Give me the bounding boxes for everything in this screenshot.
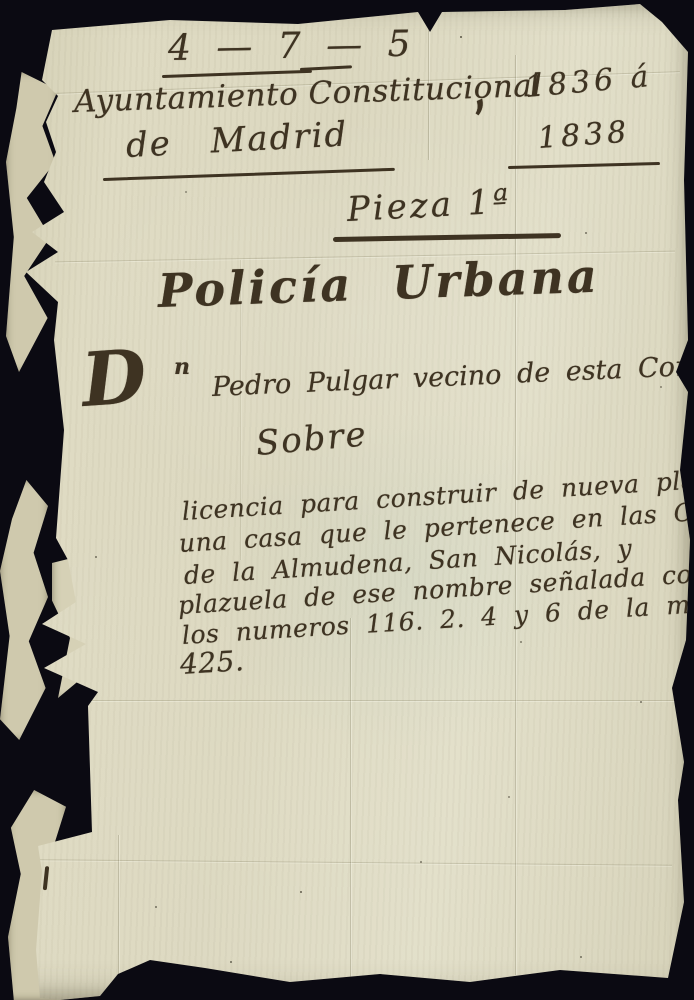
date-range-start: 1836 á (523, 59, 653, 105)
piece-label-heavy-underline (333, 233, 561, 242)
petitioner-initial: D (79, 334, 149, 424)
piece-number-label: Pieza 1ª (346, 181, 513, 230)
date-underline (508, 162, 660, 169)
document-photo: 4 — 7 — 5 Ayuntamiento Constitucional , … (0, 0, 694, 1000)
subject-label: Sobre (254, 414, 369, 464)
archive-signature-numbers: 4 — 7 — 5 (168, 24, 418, 69)
institution-name-line2: de Madrid (125, 114, 349, 166)
photo-background: { "document": { "archive_numbers": "4 — … (0, 0, 694, 1000)
institution-underline (103, 168, 395, 181)
horizontal-fold-crease (45, 700, 675, 701)
vertical-fold-crease (118, 835, 119, 985)
petitioner-initial-superscript: n (174, 354, 190, 380)
petitioner-name-line: Pedro Pulgar vecino de esta Corte (211, 350, 694, 403)
horizontal-fold-crease (40, 859, 672, 866)
ink-tick-mark (43, 866, 49, 890)
section-title: Policía Urbana (157, 249, 600, 318)
torn-paper-flap-mid-left (0, 480, 48, 740)
body-text-line: 425. (179, 644, 245, 681)
date-range-end: 1838 (537, 115, 632, 156)
vertical-fold-crease (350, 618, 351, 983)
manuscript-page: 4 — 7 — 5 Ayuntamiento Constitucional , … (0, 0, 694, 1000)
paper-specks (460, 36, 462, 38)
